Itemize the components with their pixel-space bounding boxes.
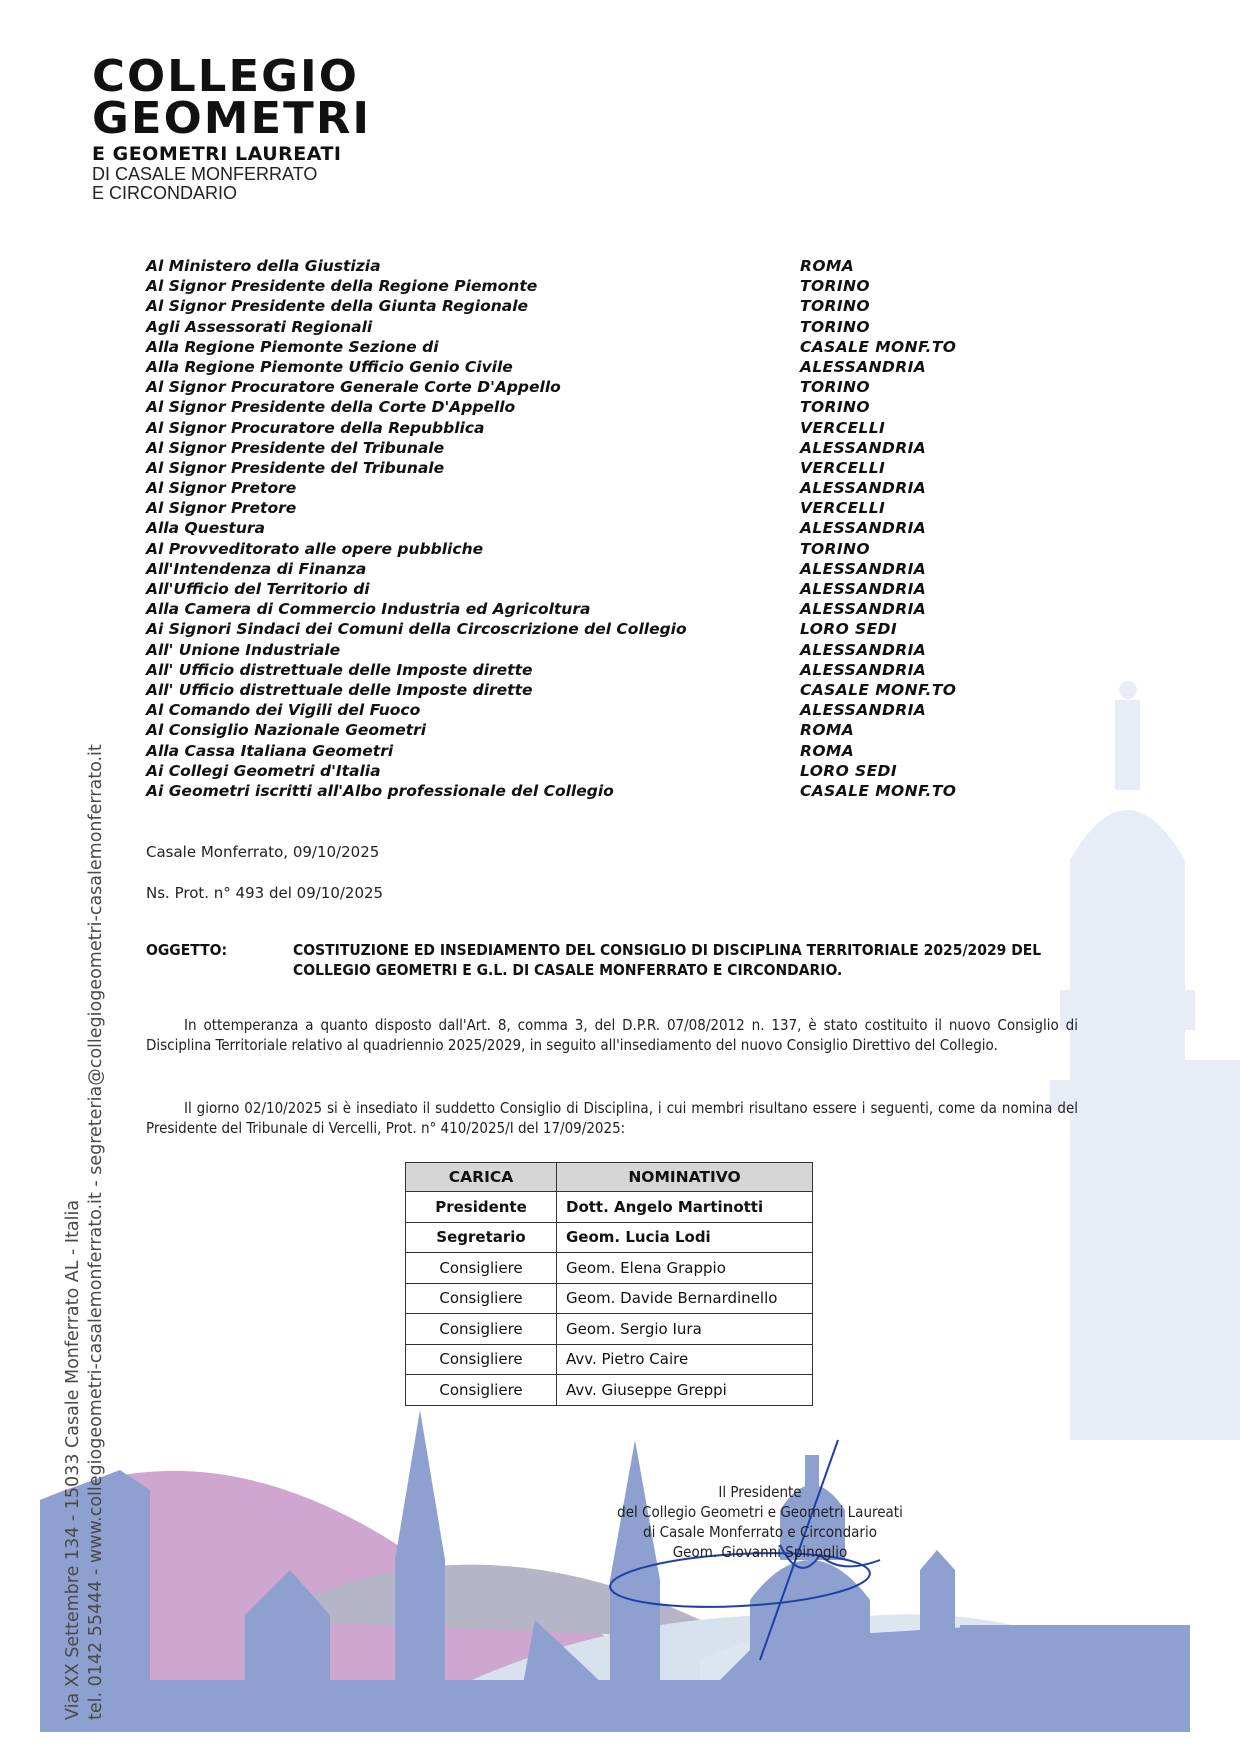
member-name: Geom. Sergio Iura [557, 1314, 813, 1345]
subject-block: OGGETTO: COSTITUZIONE ED INSEDIAMENTO DE… [146, 941, 1093, 980]
recipient-city: ROMA [800, 720, 854, 740]
recipient-row: Alla Cassa Italiana GeometriROMA [146, 741, 1026, 761]
recipient-row: Al Comando dei Vigili del FuocoALESSANDR… [146, 700, 1026, 720]
place-date: Casale Monferrato, 09/10/2025 [146, 843, 379, 861]
recipient-city: TORINO [800, 539, 870, 559]
recipient-row: Agli Assessorati RegionaliTORINO [146, 317, 1026, 337]
recipient-row: Al Consiglio Nazionale GeometriROMA [146, 720, 1026, 740]
recipient-name: Alla Questura [146, 518, 800, 538]
header-carica: CARICA [406, 1163, 557, 1192]
recipient-city: ALESSANDRIA [800, 660, 926, 680]
recipient-name: Al Signor Procuratore Generale Corte D'A… [146, 377, 800, 397]
table-row: ConsigliereAvv. Giuseppe Greppi [406, 1375, 813, 1406]
recipient-name: All' Ufficio distrettuale delle Imposte … [146, 660, 800, 680]
table-row: ConsigliereGeom. Elena Grappio [406, 1253, 813, 1284]
table-header-row: CARICA NOMINATIVO [406, 1163, 813, 1192]
recipient-name: All' Unione Industriale [146, 640, 800, 660]
recipient-city: ALESSANDRIA [800, 357, 926, 377]
recipient-city: ALESSANDRIA [800, 478, 926, 498]
member-name: Avv. Giuseppe Greppi [557, 1375, 813, 1406]
member-name: Geom. Lucia Lodi [557, 1222, 813, 1253]
paragraph-text: In ottemperanza a quanto disposto dall'A… [146, 1016, 1078, 1054]
recipient-city: CASALE MONF.TO [800, 781, 956, 801]
recipient-city: CASALE MONF.TO [800, 680, 956, 700]
logo-line-collegio: COLLEGIO [92, 56, 371, 98]
recipient-name: Alla Cassa Italiana Geometri [146, 741, 800, 761]
logo-line-geometri: GEOMETRI [92, 98, 371, 140]
recipient-row: Al Signor Presidente della Corte D'Appel… [146, 397, 1026, 417]
recipient-name: Al Signor Pretore [146, 498, 800, 518]
recipient-city: TORINO [800, 377, 870, 397]
table-row: ConsigliereAvv. Pietro Caire [406, 1344, 813, 1375]
recipient-name: Al Ministero della Giustizia [146, 256, 800, 276]
recipient-name: Ai Signori Sindaci dei Comuni della Circ… [146, 619, 800, 639]
recipient-row: Alla Regione Piemonte Ufficio Genio Civi… [146, 357, 1026, 377]
member-name: Dott. Angelo Martinotti [557, 1192, 813, 1223]
recipient-city: ALESSANDRIA [800, 559, 926, 579]
recipient-city: VERCELLI [800, 458, 885, 478]
recipient-row: Al Signor Presidente del TribunaleVERCEL… [146, 458, 1026, 478]
recipient-row: Al Ministero della GiustiziaROMA [146, 256, 1026, 276]
recipient-row: Ai Geometri iscritti all'Albo profession… [146, 781, 1026, 801]
recipient-row: Al Signor Procuratore della RepubblicaVE… [146, 418, 1026, 438]
recipient-row: Al Signor PretoreALESSANDRIA [146, 478, 1026, 498]
recipient-row: All'Intendenza di FinanzaALESSANDRIA [146, 559, 1026, 579]
signature-org: del Collegio Geometri e Geometri Laureat… [560, 1502, 960, 1522]
recipient-name: Al Consiglio Nazionale Geometri [146, 720, 800, 740]
recipient-name: Alla Camera di Commercio Industria ed Ag… [146, 599, 800, 619]
recipient-city: LORO SEDI [800, 619, 897, 639]
table-row: PresidenteDott. Angelo Martinotti [406, 1192, 813, 1223]
recipient-name: All'Ufficio del Territorio di [146, 579, 800, 599]
body-paragraph-1: In ottemperanza a quanto disposto dall'A… [146, 1015, 1078, 1055]
vertical-contact-address: Via XX Settembre 134 - 15033 Casale Monf… [62, 630, 108, 1720]
recipient-row: Al Signor Presidente della Regione Piemo… [146, 276, 1026, 296]
address-line: Via XX Settembre 134 - 15033 Casale Monf… [62, 630, 85, 1720]
recipient-row: Ai Collegi Geometri d'ItaliaLORO SEDI [146, 761, 1026, 781]
member-role: Consigliere [406, 1344, 557, 1375]
recipient-name: Al Provveditorato alle opere pubbliche [146, 539, 800, 559]
recipient-city: TORINO [800, 296, 870, 316]
recipient-row: All'Ufficio del Territorio diALESSANDRIA [146, 579, 1026, 599]
recipient-city: ALESSANDRIA [800, 700, 926, 720]
recipient-city: ALESSANDRIA [800, 438, 926, 458]
member-role: Presidente [406, 1192, 557, 1223]
recipient-row: Al Signor PretoreVERCELLI [146, 498, 1026, 518]
recipient-city: ALESSANDRIA [800, 518, 926, 538]
recipients-list: Al Ministero della GiustiziaROMAAl Signo… [146, 256, 1026, 801]
recipient-row: Al Signor Presidente del TribunaleALESSA… [146, 438, 1026, 458]
recipient-name: Al Signor Presidente del Tribunale [146, 458, 800, 478]
recipient-city: TORINO [800, 276, 870, 296]
recipient-row: Al Signor Procuratore Generale Corte D'A… [146, 377, 1026, 397]
recipient-name: Agli Assessorati Regionali [146, 317, 800, 337]
recipient-city: ROMA [800, 256, 854, 276]
paragraph-text: Il giorno 02/10/2025 si è insediato il s… [146, 1099, 1078, 1137]
signature-name: Geom. Giovanni Spinoglio [560, 1542, 960, 1562]
recipient-name: Al Signor Pretore [146, 478, 800, 498]
member-role: Consigliere [406, 1375, 557, 1406]
signature-location: di Casale Monferrato e Circondario [560, 1522, 960, 1542]
protocol-number: Ns. Prot. n° 493 del 09/10/2025 [146, 884, 383, 902]
recipient-row: Ai Signori Sindaci dei Comuni della Circ… [146, 619, 1026, 639]
recipient-name: Al Signor Presidente del Tribunale [146, 438, 800, 458]
logo-line-circondario: E CIRCONDARIO [92, 184, 366, 203]
recipient-row: All' Ufficio distrettuale delle Imposte … [146, 680, 1026, 700]
table-row: ConsigliereGeom. Sergio Iura [406, 1314, 813, 1345]
recipient-name: Al Signor Procuratore della Repubblica [146, 418, 800, 438]
recipient-name: All'Intendenza di Finanza [146, 559, 800, 579]
recipient-city: VERCELLI [800, 498, 885, 518]
member-name: Geom. Davide Bernardinello [557, 1283, 813, 1314]
recipient-name: Al Comando dei Vigili del Fuoco [146, 700, 800, 720]
recipient-city: ALESSANDRIA [800, 599, 926, 619]
table-row: ConsigliereGeom. Davide Bernardinello [406, 1283, 813, 1314]
recipient-row: All' Ufficio distrettuale delle Imposte … [146, 660, 1026, 680]
table-row: SegretarioGeom. Lucia Lodi [406, 1222, 813, 1253]
logo-line-casale: DI CASALE MONFERRATO [92, 165, 366, 184]
body-paragraph-2: Il giorno 02/10/2025 si è insediato il s… [146, 1098, 1078, 1138]
recipient-city: ALESSANDRIA [800, 579, 926, 599]
contact-line: tel. 0142 55444 - www.collegiogeometri-c… [85, 630, 108, 1720]
recipient-row: Al Signor Presidente della Giunta Region… [146, 296, 1026, 316]
recipient-name: All' Ufficio distrettuale delle Imposte … [146, 680, 800, 700]
recipient-name: Ai Collegi Geometri d'Italia [146, 761, 800, 781]
recipient-row: Al Provveditorato alle opere pubblicheTO… [146, 539, 1026, 559]
logo-line-laureati: E GEOMETRI LAUREATI [92, 143, 366, 165]
recipient-name: Alla Regione Piemonte Ufficio Genio Civi… [146, 357, 800, 377]
signature-block: Il Presidente del Collegio Geometri e Ge… [560, 1482, 960, 1562]
letterhead-logo: COLLEGIO GEOMETRI E GEOMETRI LAUREATI DI… [92, 56, 366, 203]
recipient-row: Alla Regione Piemonte Sezione diCASALE M… [146, 337, 1026, 357]
member-role: Segretario [406, 1222, 557, 1253]
recipient-city: TORINO [800, 397, 870, 417]
subject-label: OGGETTO: [146, 941, 293, 980]
member-name: Geom. Elena Grappio [557, 1253, 813, 1284]
signature-title: Il Presidente [560, 1482, 960, 1502]
recipient-row: Alla QuesturaALESSANDRIA [146, 518, 1026, 538]
header-nominativo: NOMINATIVO [557, 1163, 813, 1192]
recipient-row: All' Unione IndustrialeALESSANDRIA [146, 640, 1026, 660]
member-role: Consigliere [406, 1253, 557, 1284]
recipient-city: VERCELLI [800, 418, 885, 438]
member-role: Consigliere [406, 1314, 557, 1345]
recipient-row: Alla Camera di Commercio Industria ed Ag… [146, 599, 1026, 619]
recipient-city: TORINO [800, 317, 870, 337]
recipient-city: LORO SEDI [800, 761, 897, 781]
recipient-name: Al Signor Presidente della Corte D'Appel… [146, 397, 800, 417]
recipient-name: Alla Regione Piemonte Sezione di [146, 337, 800, 357]
recipient-name: Al Signor Presidente della Regione Piemo… [146, 276, 800, 296]
recipient-city: CASALE MONF.TO [800, 337, 956, 357]
council-members-table: CARICA NOMINATIVO PresidenteDott. Angelo… [405, 1162, 813, 1406]
member-role: Consigliere [406, 1283, 557, 1314]
member-name: Avv. Pietro Caire [557, 1344, 813, 1375]
recipient-name: Al Signor Presidente della Giunta Region… [146, 296, 800, 316]
subject-text: COSTITUZIONE ED INSEDIAMENTO DEL CONSIGL… [293, 941, 1093, 980]
recipient-city: ALESSANDRIA [800, 640, 926, 660]
recipient-city: ROMA [800, 741, 854, 761]
recipient-name: Ai Geometri iscritti all'Albo profession… [146, 781, 800, 801]
